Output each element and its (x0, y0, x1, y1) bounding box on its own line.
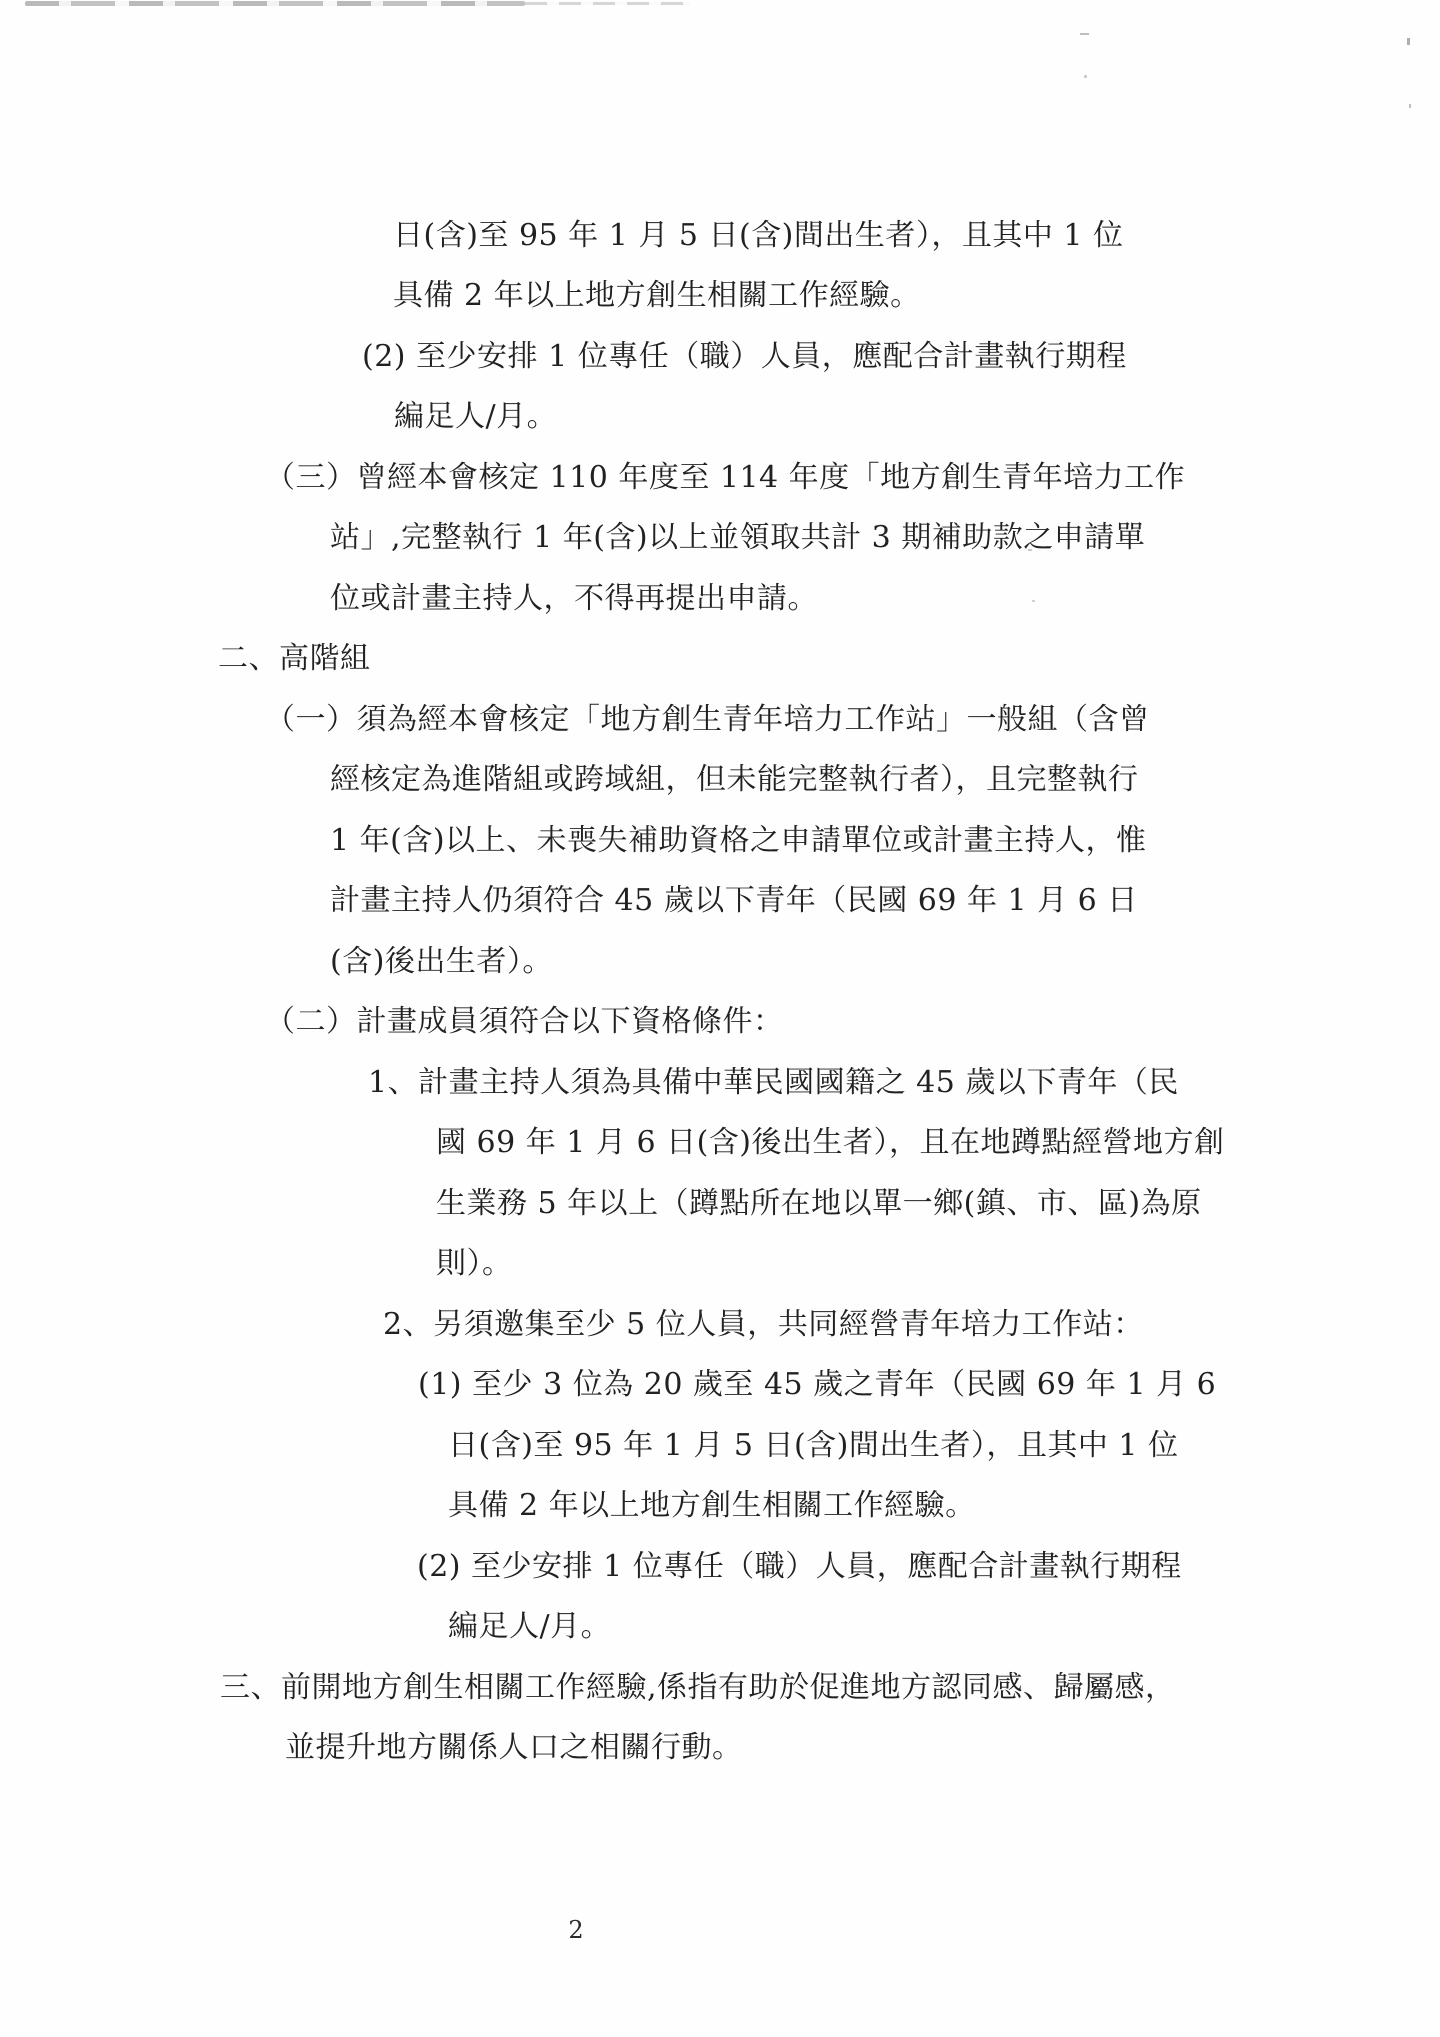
document-line: 二、高階組 (218, 641, 371, 677)
document-line: 具備 2 年以上地方創生相關工作經驗。 (393, 278, 921, 314)
document-line: 日(含)至 95 年 1 月 5 日(含)間出生者），且其中 1 位 (448, 1428, 1179, 1464)
document-line: 生業務 5 年以上（蹲點所在地以單一鄉(鎮、市、區)為原 (436, 1186, 1202, 1222)
scan-artifact-speck (1407, 38, 1410, 45)
scan-artifact-top-strip (25, 1, 525, 6)
document-line: 計畫主持人仍須符合 45 歲以下青年（民國 69 年 1 月 6 日 (330, 883, 1138, 919)
document-line: （三）曾經本會核定 110 年度至 114 年度「地方創生青年培力工作 (265, 460, 1185, 496)
scan-artifact-speck (1409, 104, 1411, 108)
document-line: 日(含)至 95 年 1 月 5 日(含)間出生者），且其中 1 位 (393, 218, 1124, 254)
document-line: （一）須為經本會核定「地方創生青年培力工作站」一般組（含曾 (265, 702, 1150, 738)
document-line: 三、前開地方創生相關工作經驗,係指有助於促進地方認同感、歸屬感， (220, 1670, 1176, 1706)
document-page: 日(含)至 95 年 1 月 5 日(含)間出生者），且其中 1 位 具備 2 … (0, 0, 1440, 2037)
document-line: (1) 至少 3 位為 20 歲至 45 歲之青年（民國 69 年 1 月 6 (418, 1367, 1216, 1403)
document-line: 位或計畫主持人，不得再提出申請。 (330, 581, 818, 617)
document-line: 具備 2 年以上地方創生相關工作經驗。 (448, 1488, 976, 1524)
scan-artifact-speck (1032, 600, 1035, 602)
scan-artifact-speck (1080, 33, 1089, 35)
document-line: 2、另須邀集至少 5 位人員，共同經營青年培力工作站： (383, 1307, 1144, 1343)
document-line: 1 年(含)以上、未喪失補助資格之申請單位或計畫主持人，惟 (330, 823, 1147, 859)
document-line: （二）計畫成員須符合以下資格條件： (265, 1004, 784, 1040)
scan-artifact-top-strip-light (525, 2, 690, 5)
document-line: 則）。 (436, 1246, 513, 1282)
document-line: 編足人/月。 (394, 399, 557, 435)
document-line: 並提升地方關係人口之相關行動。 (285, 1730, 743, 1766)
document-line: 1、計畫主持人須為具備中華民國國籍之 45 歲以下青年（民 (368, 1065, 1179, 1101)
document-line: (2) 至少安排 1 位專任（職）人員，應配合計畫執行期程 (362, 339, 1127, 375)
document-line: 經核定為進階組或跨域組，但未能完整執行者），且完整執行 (330, 762, 1139, 798)
page-number: 2 (556, 1916, 596, 1944)
document-line: 國 69 年 1 月 6 日(含)後出生者），且在地蹲點經營地方創 (436, 1125, 1224, 1161)
document-line: 站」,完整執行 1 年(含)以上並領取共計 3 期補助款之申請單 (330, 520, 1145, 556)
scan-artifact-speck (1084, 75, 1087, 78)
document-line: 編足人/月。 (448, 1609, 611, 1645)
document-line: (2) 至少安排 1 位專任（職）人員，應配合計畫執行期程 (417, 1549, 1182, 1585)
document-line: (含)後出生者）。 (330, 944, 553, 980)
